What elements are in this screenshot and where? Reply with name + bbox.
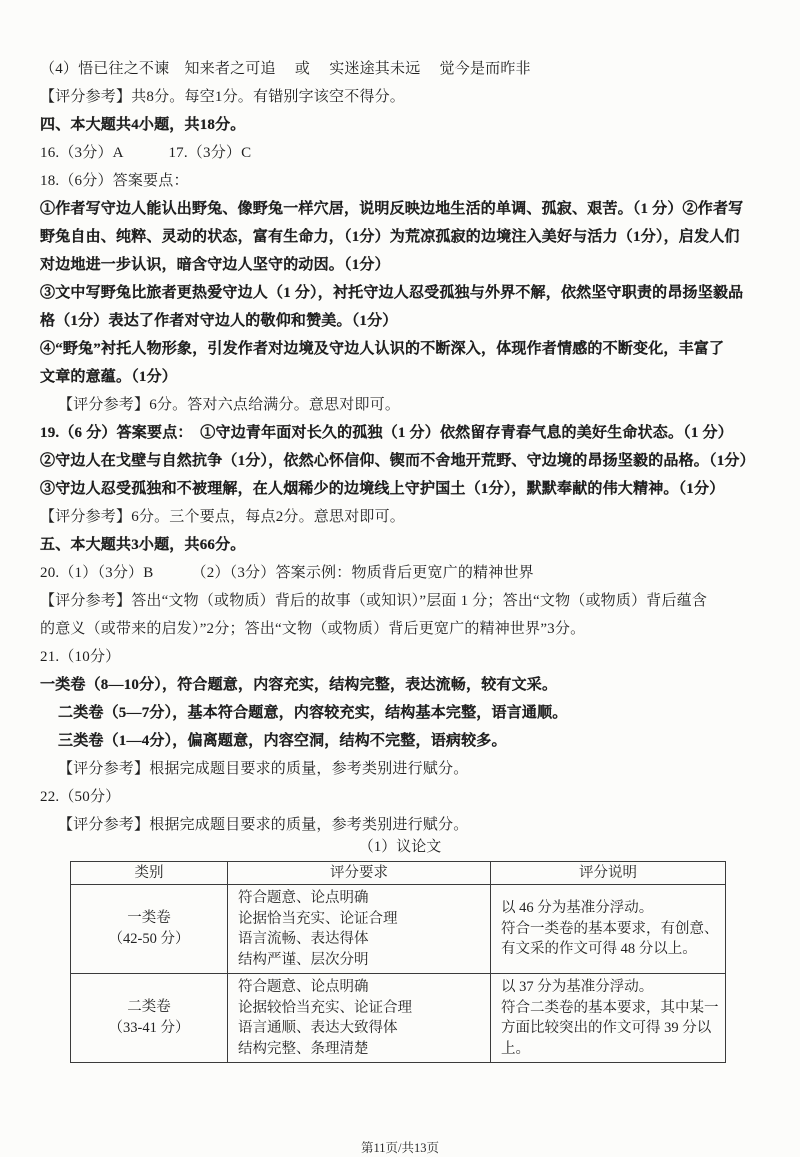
tier1-req-line: 结构严谨、层次分明 xyxy=(238,950,482,971)
q20-scoring-note-line1: 【评分参考】答出“文物（或物质）背后的故事（或知识）”层面 1 分；答出“文物（… xyxy=(40,587,760,615)
q18-point-2-cont: 对边地进一步认识，暗含守边人坚守的动因。（1分） xyxy=(40,251,760,279)
q21-tier-1-line: 一类卷（8—10分），符合题意，内容充实，结构完整，表达流畅，较有文采。 xyxy=(40,671,760,699)
scoring-note-line: 【评分参考】共8分。每空1分。有错别字该空不得分。 xyxy=(40,83,760,111)
q18-scoring-note: 【评分参考】6分。答对六点给满分。意思对即可。 xyxy=(40,391,760,419)
tier1-req-line: 符合题意、论点明确 xyxy=(238,888,482,909)
q19-point-3-line: ③守边人忍受孤独和不被理解，在人烟稀少的边境线上守护国土（1分），默默奉献的伟大… xyxy=(40,475,760,503)
cell-tier2-explanation: 以 37 分为基准分浮动。 符合二类卷的基本要求，其中某一 方面比较突出的作文可… xyxy=(491,974,726,1063)
header-cell-explanation: 评分说明 xyxy=(491,862,726,885)
rubric-row-tier1: 一类卷 （42-50 分） 符合题意、论点明确 论据恰当充实、论证合理 语言流畅… xyxy=(71,885,726,974)
cell-tier1-explanation: 以 46 分为基准分浮动。 符合一类卷的基本要求，有创意、 有文采的作文可得 4… xyxy=(491,885,726,974)
tier2-req-line: 符合题意、论点明确 xyxy=(238,977,482,998)
tier1-note-line: 有文采的作文可得 48 分以上。 xyxy=(501,939,717,960)
q19-heading-line: 19.（6 分）答案要点： ①守边青年面对长久的孤独（1 分）依然留存青春气息的… xyxy=(40,419,760,447)
q18-point-3-cont: 格（1分）表达了作者对守边人的敬仰和赞美。（1分） xyxy=(40,307,760,335)
tier1-category-name: 一类卷 xyxy=(71,908,227,929)
tier2-category-range: （33-41 分） xyxy=(71,1018,227,1039)
q20-answer-line: 20.（1）（3分）B （2）（3分）答案示例：物质背后更宽广的精神世界 xyxy=(40,559,760,587)
q18-heading-line: 18.（6分）答案要点： xyxy=(40,167,760,195)
cell-tier2-requirements: 符合题意、论点明确 论据较恰当充实、论证合理 语言通顺、表达大致得体 结构完整、… xyxy=(228,974,491,1063)
q20-scoring-note-line2: 的意义（或带来的启发）”2分；答出“文物（或物质）背后更宽广的精神世界”3分。 xyxy=(40,615,760,643)
q18-point-1-line: ①作者写守边人能认出野兔、像野兔一样穴居，说明反映边地生活的单调、孤寂、艰苦。（… xyxy=(40,195,760,223)
q22-heading-line: 22.（50分） xyxy=(40,783,760,811)
q21-tier-3-line: 三类卷（1—4分），偏离题意，内容空洞，结构不完整，语病较多。 xyxy=(40,727,760,755)
tier1-note-line: 符合一类卷的基本要求，有创意、 xyxy=(501,919,717,940)
rubric-table-title: （1）议论文 xyxy=(40,838,760,856)
tier1-req-line: 论据恰当充实、论证合理 xyxy=(238,909,482,930)
tier2-category-name: 二类卷 xyxy=(71,997,227,1018)
section-4-heading: 四、本大题共4小题，共18分。 xyxy=(40,111,760,139)
answer-key-body: （4）悟已往之不谏 知来者之可追 或 实迷途其未远 觉今是而昨非 【评分参考】共… xyxy=(40,55,760,1063)
essay-rubric-table: 类别 评分要求 评分说明 一类卷 （42-50 分） 符合题意、论点明确 论据恰… xyxy=(70,861,726,1063)
fill-blank-answer-line: （4）悟已往之不谏 知来者之可追 或 实迷途其未远 觉今是而昨非 xyxy=(40,55,760,83)
page-number: 第11页/共13页 xyxy=(0,1141,800,1156)
tier1-category-range: （42-50 分） xyxy=(71,929,227,950)
tier2-note-line: 方面比较突出的作文可得 39 分以 xyxy=(501,1018,717,1039)
q16-q17-answer-line: 16.（3分）A 17.（3分）C xyxy=(40,139,760,167)
rubric-row-tier2: 二类卷 （33-41 分） 符合题意、论点明确 论据较恰当充实、论证合理 语言通… xyxy=(71,974,726,1063)
rubric-header-row: 类别 评分要求 评分说明 xyxy=(71,862,726,885)
cell-tier2-category: 二类卷 （33-41 分） xyxy=(71,974,228,1063)
section-5-heading: 五、本大题共3小题，共66分。 xyxy=(40,531,760,559)
q21-heading-line: 21.（10分） xyxy=(40,643,760,671)
tier2-req-line: 论据较恰当充实、论证合理 xyxy=(238,998,482,1019)
tier2-note-line: 以 37 分为基准分浮动。 xyxy=(501,977,717,998)
tier1-req-line: 语言流畅、表达得体 xyxy=(238,929,482,950)
header-cell-requirement: 评分要求 xyxy=(228,862,491,885)
cell-tier1-requirements: 符合题意、论点明确 论据恰当充实、论证合理 语言流畅、表达得体 结构严谨、层次分… xyxy=(228,885,491,974)
q21-tier-2-line: 二类卷（5—7分），基本符合题意，内容较充实，结构基本完整，语言通顺。 xyxy=(40,699,760,727)
q19-point-2-line: ②守边人在戈壁与自然抗争（1分），依然心怀信仰、锲而不舍地开荒野、守边境的昂扬坚… xyxy=(40,447,760,475)
header-cell-category: 类别 xyxy=(71,862,228,885)
q19-scoring-note: 【评分参考】6分。三个要点，每点2分。意思对即可。 xyxy=(40,503,760,531)
answer-key-page: （4）悟已往之不谏 知来者之可追 或 实迷途其未远 觉今是而昨非 【评分参考】共… xyxy=(0,0,800,1157)
tier2-note-line: 上。 xyxy=(501,1039,717,1060)
q21-scoring-note: 【评分参考】根据完成题目要求的质量，参考类别进行赋分。 xyxy=(40,755,760,783)
cell-tier1-category: 一类卷 （42-50 分） xyxy=(71,885,228,974)
tier2-note-line: 符合二类卷的基本要求，其中某一 xyxy=(501,998,717,1019)
q18-point-3-line: ③文中写野兔比旅者更热爱守边人（1 分），衬托守边人忍受孤独与外界不解，依然坚守… xyxy=(40,279,760,307)
tier2-req-line: 结构完整、条理清楚 xyxy=(238,1039,482,1060)
q18-point-4-line: ④“野兔”衬托人物形象，引发作者对边境及守边人认识的不断深入，体现作者情感的不断… xyxy=(40,335,760,363)
q18-point-4-cont: 文章的意蕴。（1分） xyxy=(40,363,760,391)
tier1-note-line: 以 46 分为基准分浮动。 xyxy=(501,898,717,919)
tier2-req-line: 语言通顺、表达大致得体 xyxy=(238,1018,482,1039)
q22-scoring-note: 【评分参考】根据完成题目要求的质量，参考类别进行赋分。 xyxy=(40,811,760,839)
q18-point-2-line: 野兔自由、纯粹、灵动的状态，富有生命力，（1分）为荒凉孤寂的边境注入美好与活力（… xyxy=(40,223,760,251)
